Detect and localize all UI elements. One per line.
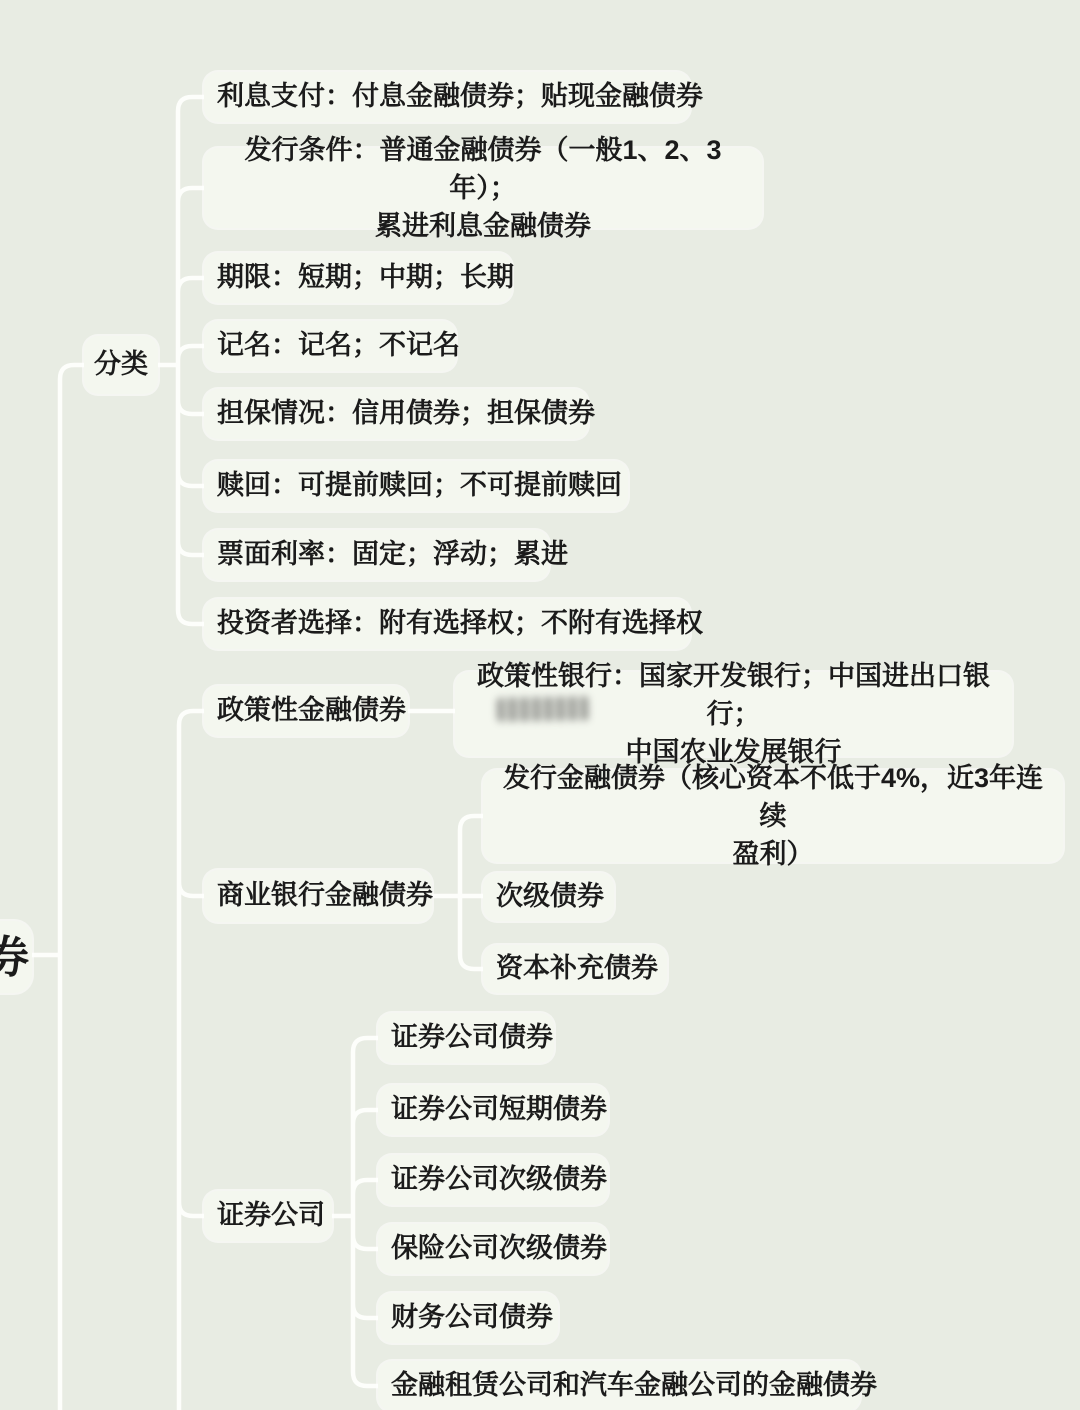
policy-banks-line1: 政策性银行：国家开发银行；中国进出口银行； — [463, 657, 1004, 733]
commercial-branch-lines — [432, 816, 483, 969]
node-interest-payment[interactable]: 利息支付：付息金融债券；贴现金融债券 — [204, 72, 690, 122]
node-registered[interactable]: 记名：记名；不记名 — [204, 321, 456, 371]
node-issue-requirement[interactable]: 发行金融债券（核心资本不低于4%，近3年连续 盈利） — [483, 770, 1063, 862]
node-insurance-subordinated-bond[interactable]: 保险公司次级债券 — [378, 1224, 608, 1274]
classification-branch-lines — [158, 97, 204, 624]
node-guarantee-status[interactable]: 担保情况：信用债券；担保债券 — [204, 389, 588, 439]
node-redemption[interactable]: 赎回：可提前赎回；不可提前赎回 — [204, 461, 628, 511]
node-securities-subordinated-bond[interactable]: 证券公司次级债券 — [378, 1155, 608, 1205]
node-coupon-rate[interactable]: 票面利率：固定；浮动；累进 — [204, 530, 549, 580]
node-investor-option[interactable]: 投资者选择：附有选择权；不附有选择权 — [204, 599, 690, 649]
node-term[interactable]: 期限：短期；中期；长期 — [204, 253, 512, 303]
node-capital-supplement-bond[interactable]: 资本补充债券 — [483, 945, 667, 993]
securities-branch-lines — [332, 1038, 378, 1386]
node-root[interactable]: 券 — [0, 921, 32, 993]
node-issue-conditions[interactable]: 发行条件：普通金融债券（一般1、2、3年）； 累进利息金融债券 — [204, 148, 762, 228]
node-leasing-auto-finance-bond[interactable]: 金融租赁公司和汽车金融公司的金融债券 — [378, 1361, 860, 1410]
node-finance-company-bond[interactable]: 财务公司债券 — [378, 1293, 558, 1343]
issue-conditions-line1: 发行条件：普通金融债券（一般1、2、3年）； — [212, 131, 754, 207]
node-securities-company-bond[interactable]: 证券公司债券 — [378, 1013, 554, 1063]
node-classification[interactable]: 分类 — [84, 336, 158, 394]
node-commercial-bank-bond[interactable]: 商业银行金融债券 — [204, 870, 432, 922]
root-trunk-line — [32, 365, 84, 1410]
node-securities-short-term-bond[interactable]: 证券公司短期债券 — [378, 1085, 608, 1135]
blurred-watermark — [497, 696, 589, 722]
node-policy-financial-bond[interactable]: 政策性金融债券 — [204, 686, 408, 736]
bond-types-trunk-lines — [179, 711, 204, 1410]
issue-conditions-line2: 累进利息金融债券 — [375, 207, 591, 245]
node-subordinated-bond[interactable]: 次级债券 — [483, 873, 614, 921]
issue-requirement-line2: 盈利） — [733, 835, 814, 873]
issue-requirement-line1: 发行金融债券（核心资本不低于4%，近3年连续 — [491, 759, 1055, 835]
node-securities-company[interactable]: 证券公司 — [204, 1191, 332, 1241]
